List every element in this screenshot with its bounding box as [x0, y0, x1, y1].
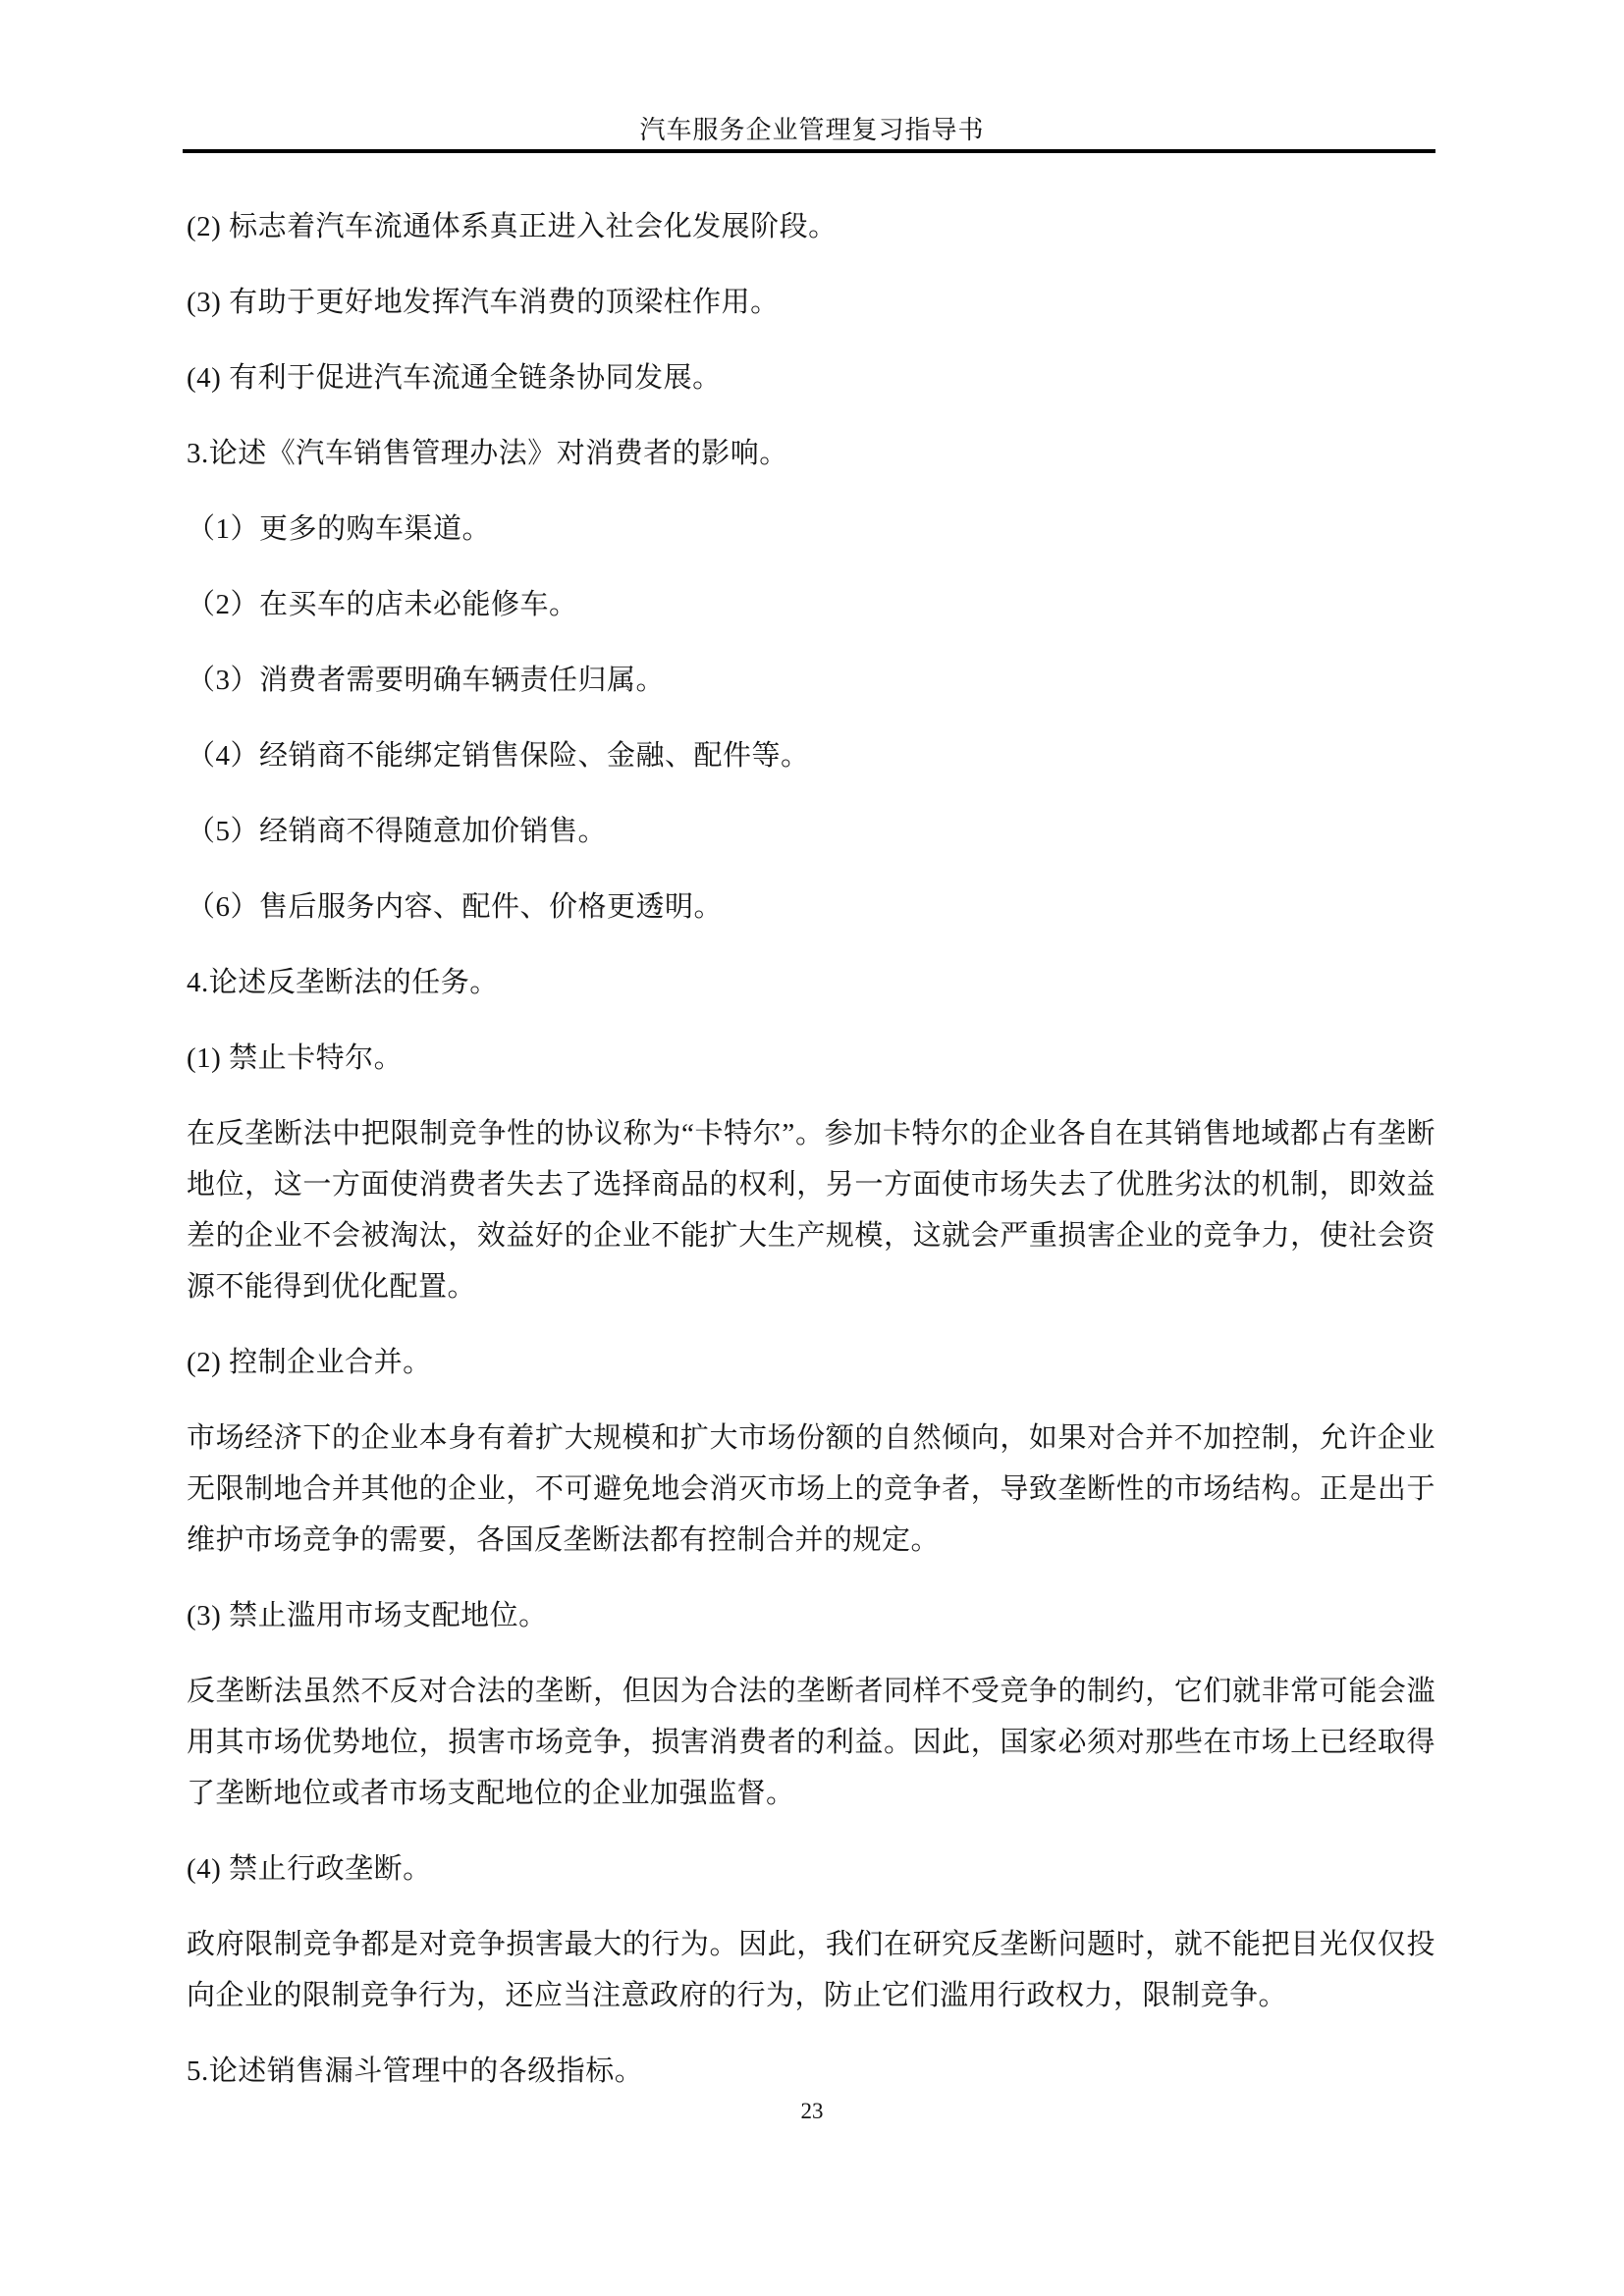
list-item: (4) 有利于促进汽车流通全链条协同发展。: [187, 352, 1435, 403]
list-item: (4) 禁止行政垄断。: [187, 1843, 1435, 1895]
body-paragraph: 政府限制竞争都是对竞争损害最大的行为。因此，我们在研究反垄断问题时，就不能把目光…: [187, 1919, 1435, 2021]
document-page: 汽车服务企业管理复习指导书 (2) 标志着汽车流通体系真正进入社会化发展阶段。(…: [0, 0, 1624, 2296]
question-heading: 3.论述《汽车销售管理办法》对消费者的影响。: [187, 428, 1435, 479]
list-item: （4）经销商不能绑定销售保险、金融、配件等。: [187, 730, 1435, 781]
list-item: (2) 标志着汽车流通体系真正进入社会化发展阶段。: [187, 201, 1435, 252]
body-paragraph: 在反垄断法中把限制竞争性的协议称为“卡特尔”。参加卡特尔的企业各自在其销售地域都…: [187, 1108, 1435, 1312]
list-item: (3) 有助于更好地发挥汽车消费的顶梁柱作用。: [187, 277, 1435, 328]
page-number: 23: [0, 2097, 1624, 2126]
list-item: （5）经销商不得随意加价销售。: [187, 806, 1435, 857]
body-paragraph: 反垄断法虽然不反对合法的垄断，但因为合法的垄断者同样不受竞争的制约，它们就非常可…: [187, 1666, 1435, 1819]
document-body: (2) 标志着汽车流通体系真正进入社会化发展阶段。(3) 有助于更好地发挥汽车消…: [187, 201, 1435, 2121]
question-heading: 4.论述反垄断法的任务。: [187, 957, 1435, 1008]
body-paragraph: 市场经济下的企业本身有着扩大规模和扩大市场份额的自然倾向，如果对合并不加控制，允…: [187, 1413, 1435, 1566]
list-item: （1）更多的购车渠道。: [187, 504, 1435, 555]
list-item: (3) 禁止滥用市场支配地位。: [187, 1590, 1435, 1641]
list-item: (2) 控制企业合并。: [187, 1337, 1435, 1388]
list-item: (1) 禁止卡特尔。: [187, 1033, 1435, 1084]
header-rule: [183, 149, 1435, 153]
list-item: （3）消费者需要明确车辆责任归属。: [187, 655, 1435, 706]
list-item: （6）售后服务内容、配件、价格更透明。: [187, 881, 1435, 933]
list-item: （2）在买车的店未必能修车。: [187, 579, 1435, 630]
question-heading: 5.论述销售漏斗管理中的各级指标。: [187, 2046, 1435, 2097]
page-header-title: 汽车服务企业管理复习指导书: [0, 115, 1624, 146]
